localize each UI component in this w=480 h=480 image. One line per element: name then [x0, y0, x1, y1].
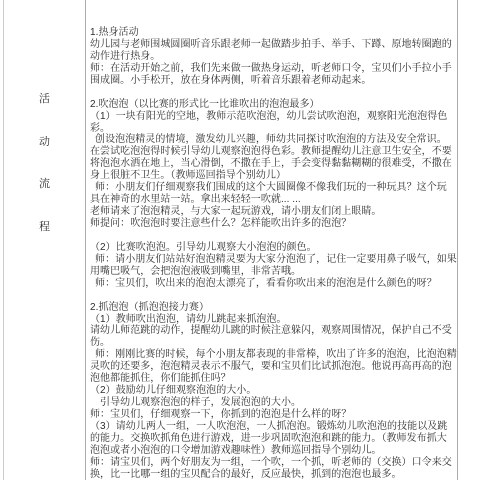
table-left-outer-border [3, 0, 4, 480]
table-column-divider [85, 0, 86, 480]
process-label-char: 动 [39, 137, 50, 148]
process-label-char: 活 [39, 94, 50, 105]
content-line: 师：宝贝们，吹出来的泡泡太漂亮了，看看你吹出来的泡泡是什么颜色的呀？ [90, 278, 456, 290]
content-line: （1）教师吹出泡泡，请幼儿跳起来抓泡泡。 [90, 314, 456, 326]
content-line [90, 290, 456, 302]
content-line: 彩。 [90, 123, 456, 135]
content-line: （3）请幼儿两人一组，一人吹泡泡，一人抓泡泡。锻炼幼儿吹泡泡的技能以及跳 [90, 421, 456, 433]
content-line: 身上很脏不卫生。（教师巡回指导个别幼儿） [90, 170, 456, 182]
content-line [90, 230, 456, 242]
content-line: 1.热身活动 [90, 27, 456, 39]
content-line: 在尝试吃泡泡得时候引导幼儿观察泡泡得色彩。教师提醒幼儿注意卫生安全，不要 [90, 146, 456, 158]
content-line: （1）一块有阳光的空地，教师示范吹泡泡，幼儿尝试吹泡泡，观察阳光泡泡得色 [90, 111, 456, 123]
content-line: 创设泡泡精灵的情境，激发幼儿兴趣，师幼共同探讨吹泡泡的方法及安全常识。 [90, 134, 456, 146]
content-line: 师：小朋友们仔细观察我们围成的这个大圆圈像不像我们玩的一种玩具？这个玩 [90, 182, 456, 194]
content-line [90, 87, 456, 99]
lesson-plan-page: 活动流程 1.热身活动幼儿园与老师围城圆圈听音乐跟老师一起做踏步拍手、举手、下蹲… [0, 0, 480, 480]
content-line: 泡他都能抓住，你们能抓住吗？ [90, 373, 456, 385]
content-line: 泡泡或者小泡泡的口令增加游戏趣味性）教师巡回指导个别幼儿。 [90, 445, 456, 457]
content-line: 用嘴巴吸气，会把泡泡液吸到嘴里，非常苦哦。 [90, 266, 456, 278]
content-line: 老师请来了泡泡精灵，与大家一起玩游戏，请小朋友们闭上眼睛。 [90, 206, 456, 218]
content-line: 幼儿园与老师围城圆圈听音乐跟老师一起做踏步拍手、举手、下蹲、原地转圈跑的 [90, 39, 456, 51]
process-label-char: 流 [39, 179, 50, 190]
content-line: （2）鼓励幼儿仔细观察泡泡的大小。 [90, 385, 456, 397]
content-line: 将泡泡水洒在地上，当心滑倒，不撒在手上，手会变得黏黏糊糊的很难受，不撒在 [90, 158, 456, 170]
content-line: 具在神奇的水里站一站。拿出来轻轻一吹就... ... [90, 194, 456, 206]
process-label-char: 程 [39, 222, 50, 233]
content-line: 2.抓泡泡（抓泡泡接力赛） [90, 302, 456, 314]
content-line: 师提问：吹泡泡时要注意些什么？怎样能吹出许多的泡泡？ [90, 218, 456, 230]
content-line: 师：刚刚比赛的时候，每个小朋友都表现的非常棒，吹出了许多的泡泡，比泡泡精 [90, 349, 456, 361]
activity-process-vertical-label: 活动流程 [4, 94, 85, 233]
content-line: 师：请小朋友们站站好泡泡精灵要为大家分泡泡了，记住一定要用鼻子吸气，如果 [90, 254, 456, 266]
content-line: 围成圈。小手松开，放在身体两侧，听着音乐跟着老师动起来。 [90, 75, 456, 87]
lesson-plan-content: 1.热身活动幼儿园与老师围城圆圈听音乐跟老师一起做踏步拍手、举手、下蹲、原地转圈… [90, 27, 456, 480]
content-line: 动作进行热身。 [90, 51, 456, 63]
content-line: 师：在活动开始之前，我们先来做一做热身运动，听老师口令，宝贝们小手拉小手 [90, 63, 456, 75]
content-line: 2.吹泡泡（以比赛的形式比一比谁吹出的泡泡最多） [90, 99, 456, 111]
content-line: （2）比赛吹泡泡。引导幼儿观察大小泡泡的颜色。 [90, 242, 456, 254]
content-line: 灵吹的还要多，泡泡精灵表示不服气，要和宝贝们比试抓泡泡。他说再高再高的泡 [90, 361, 456, 373]
table-right-border [457, 0, 458, 480]
content-line: 伤。 [90, 337, 456, 349]
content-line: 的能力。交换吹抓角色进行游戏，进一步巩固吹泡泡和跳的能力。（教师发布抓大 [90, 433, 456, 445]
content-line: 引导幼儿观察泡泡的样子，发展泡泡的大小。 [90, 397, 456, 409]
content-line: 师：宝贝们，仔细观察一下，你抓到的泡泡是什么样的呀？ [90, 409, 456, 421]
content-line: 请幼儿师范跳的动作，提醒幼儿跳的时候注意躲闪，观察周围情况，保护自己不受 [90, 325, 456, 337]
content-line: 换，比一比哪一组的宝贝配合的最好，反应最快，抓到的泡泡也最多。 [90, 469, 456, 480]
content-line: 师：请宝贝们，两个好朋友为一组，一个吹，一个抓，听老师的（交换）口令来交 [90, 457, 456, 469]
